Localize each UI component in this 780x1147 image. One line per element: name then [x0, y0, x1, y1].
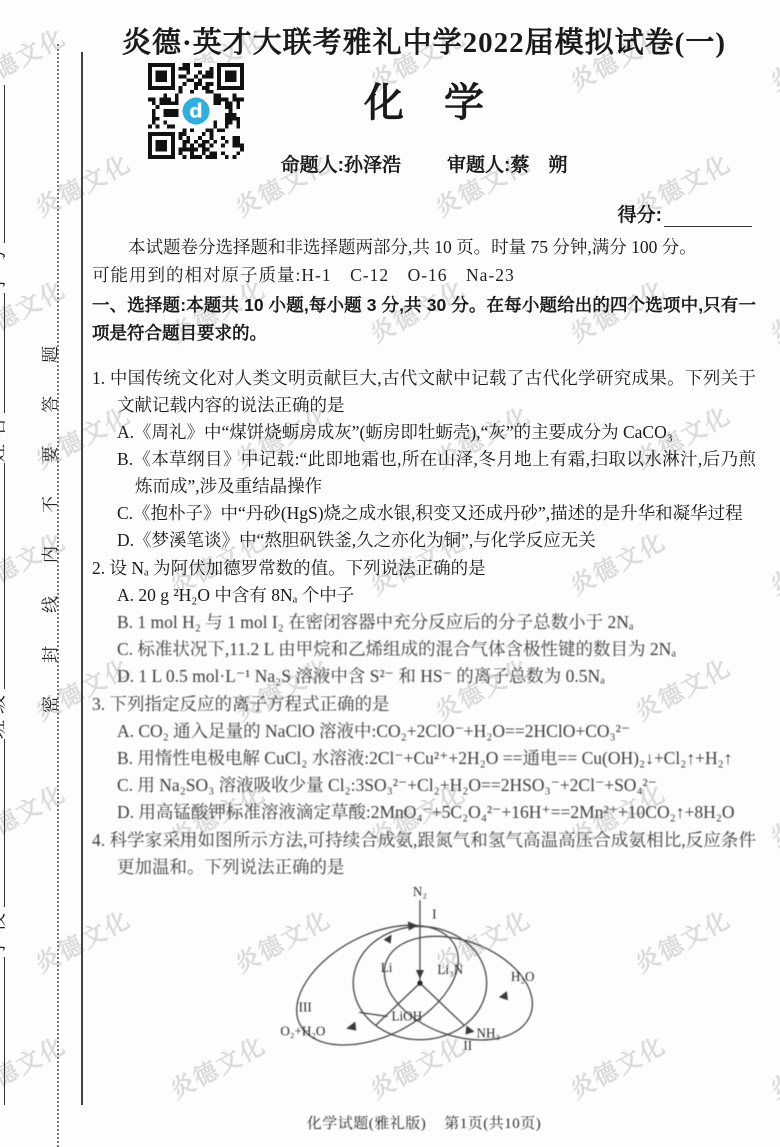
q2-option-d: D. 1 L 0.5 mol·L⁻¹ Na₂S 溶液中含 S²⁻ 和 HS⁻ 的…: [117, 663, 756, 690]
qr-logo-letter: d: [189, 100, 203, 123]
footer-doc-name: 化学试题(雅礼版): [307, 1116, 427, 1132]
diagram-h2o-label: H₂O: [511, 969, 535, 984]
q1-option-d: D.《梦溪笔谈》中“熬胆矾铁釜,久之亦化为铜”,与化学反应无关: [117, 527, 756, 554]
qr-code: d: [148, 63, 244, 159]
seal-text: 密封线内不要答题: [36, 52, 60, 1105]
name-label: 姓名: [0, 413, 9, 463]
q2-stem: 2. 设 Nₐ 为阿伏加德罗常数的值。下列说法正确的是: [92, 555, 756, 582]
name-blank-line: [4, 463, 5, 689]
binding-border-line: [81, 52, 83, 1105]
reviewer-label: 审题人:蔡 朔: [447, 155, 567, 176]
diagram-step3-label: III: [299, 999, 312, 1014]
q3-stem: 3. 下列指定反应的离子方程式正确的是: [92, 691, 756, 718]
q2-option-a: A. 20 g ²H₂O 中含有 8Nₐ 个中子: [117, 582, 756, 609]
exam-summary: 本试题卷分选择题和非选择题两部分,共 10 页。时量 75 分钟,满分 100 …: [92, 234, 756, 261]
question-1: 1. 中国传统文化对人类文明贡献巨大,古代文献中记载了古代化学研究成果。下列关于…: [92, 365, 756, 554]
q3-option-d: D. 用高锰酸钾标准溶液滴定草酸:2MnO₄⁻+5C₂O₄²⁻+16H⁺==2M…: [117, 799, 756, 826]
diagram-step1-label: I: [432, 906, 436, 921]
atomic-masses-line: 可能用到的相对原子质量:H-1 C-12 O-16 Na-23: [92, 262, 756, 289]
page-footer: 化学试题(雅礼版)第1页(共10页): [92, 1112, 756, 1133]
footer-page-info: 第1页(共10页): [444, 1116, 541, 1132]
q2-option-b: B. 1 mol H₂ 与 1 mol I₂ 在密闭容器中充分反应后的分子总数小…: [117, 609, 756, 636]
paper-header: d 化 学 命题人:孙泽浩审题人:蔡 朔: [92, 61, 756, 199]
diagram-n2-label: N₂: [413, 884, 427, 899]
school-blank-line: [4, 957, 5, 1105]
watermark-text: 炎德文化: [763, 18, 780, 98]
student-id-blank-line: [4, 293, 5, 413]
watermark-text: 炎德文化: [763, 270, 780, 350]
q3-option-a: A. CO₂ 通入足量的 NaClO 溶液中:CO₂+2ClO⁻+H₂O==2H…: [117, 718, 756, 745]
score-row: 得分:: [92, 199, 756, 227]
student-id-label: 学号: [0, 243, 9, 293]
q1-option-b: B.《本草纲目》中记载:“此即地霜也,所在山泽,冬月地上有霜,扫取以水淋汁,后乃…: [117, 446, 756, 500]
setter-label: 命题人:孙泽浩: [281, 155, 401, 176]
q1-option-c: C.《抱朴子》中“丹砂(HgS)烧之成水银,积变又还成丹砂”,描述的是升华和凝华…: [117, 500, 756, 527]
diagram-li-label: Li: [381, 959, 393, 974]
watermark-text: 炎德文化: [763, 522, 780, 602]
watermark-text: 炎德文化: [763, 774, 780, 854]
class-label: 班级: [0, 689, 9, 739]
diagram-nh3-label: NH₃: [477, 1025, 501, 1040]
q2-option-c: C. 标准状况下,11.2 L 由甲烷和乙烯组成的混合气体含极性键的数目为 2N…: [117, 636, 756, 663]
score-label: 得分:: [618, 200, 662, 227]
diagram-out-left-label: O₂+H₂O: [280, 1023, 325, 1038]
diagram-step2-label: II: [463, 1037, 472, 1052]
exam-series-title: 炎德·英才大联考雅礼中学2022届模拟试卷(一): [92, 0, 756, 61]
top-blank-line: [4, 85, 5, 243]
q3-option-b: B. 用惰性电极电解 CuCl₂ 水溶液:2Cl⁻+Cu²⁺+2H₂O ==通电…: [117, 745, 756, 772]
diagram-lioh-label: LiOH: [391, 1008, 422, 1023]
exam-paper-page: 炎德文化炎德文化炎德文化炎德文化炎德文化炎德文化炎德文化炎德文化炎德文化炎德文化…: [0, 0, 780, 1147]
question-3: 3. 下列指定反应的离子方程式正确的是 A. CO₂ 通入足量的 NaClO 溶…: [92, 691, 756, 826]
school-label: 学校: [0, 907, 9, 957]
ammonia-cycle-diagram: N₂ I Li Li₃N LiOH H₂O NH₃ II III O₂+H₂O: [258, 884, 592, 1066]
watermark-text: 炎德文化: [763, 1026, 780, 1106]
paper-content: 炎德·英才大联考雅礼中学2022届模拟试卷(一) d 化 学 命题人:孙泽浩审题…: [92, 0, 756, 1071]
score-blank-line: [664, 204, 752, 227]
q4-stem: 4. 科学家采用如图所示方法,可持续合成氨,跟氮气和氢气高温高压合成氨相比,反应…: [92, 827, 756, 881]
question-4: 4. 科学家采用如图所示方法,可持续合成氨,跟氮气和氢气高温高压合成氨相比,反应…: [92, 827, 756, 1071]
section-one-heading: 一、选择题:本题共 10 小题,每小题 3 分,共 30 分。在每小题给出的四个…: [92, 291, 756, 347]
q1-option-a: A.《周礼》中“煤饼烧蛎房成灰”(蛎房即牡蛎壳),“灰”的主要成分为 CaCO₃: [117, 419, 756, 446]
question-2: 2. 设 Nₐ 为阿伏加德罗常数的值。下列说法正确的是 A. 20 g ²H₂O…: [92, 555, 756, 690]
q3-option-c: C. 用 Na₂SO₃ 溶液吸收少量 Cl₂:3SO₃²⁻+Cl₂+H₂O==2…: [117, 772, 756, 799]
diagram-li3n-label: Li₃N: [437, 961, 463, 976]
q4-diagram-wrap: N₂ I Li Li₃N LiOH H₂O NH₃ II III O₂+H₂O: [258, 884, 592, 1071]
q1-stem: 1. 中国传统文化对人类文明贡献巨大,古代文献中记载了古代化学研究成果。下列关于…: [92, 365, 756, 419]
class-blank-line: [4, 739, 5, 907]
